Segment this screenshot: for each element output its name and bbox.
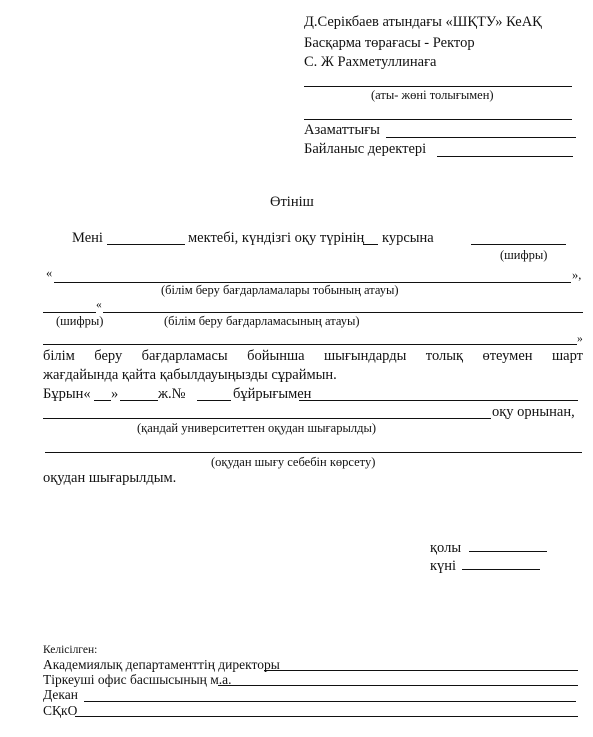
code-field-2[interactable]	[43, 312, 96, 313]
request-line-2: жағдайында қайта қабылдауыңызды сұраймын…	[43, 367, 337, 384]
previously-close: »	[111, 386, 118, 403]
order-month-field[interactable]	[120, 400, 158, 401]
approval-skko: СҚкО	[43, 703, 77, 719]
reason-field[interactable]	[45, 452, 582, 453]
approval-registrar: Тіркеуші офис басшысының м.а.	[43, 672, 232, 688]
addressee-line-2: Басқарма төрағасы - Ректор	[304, 35, 475, 52]
addressee-line-3: С. Ж Рахметуллинаға	[304, 54, 436, 71]
document-title: Өтініш	[270, 194, 314, 211]
contacts-label: Байланыс деректері	[304, 141, 426, 158]
addressee-line-1: Д.Серікбаев атындағы «ШҚТУ» КеАҚ	[304, 14, 542, 31]
full-name-hint: (аты- жөні толығымен)	[371, 88, 494, 103]
full-name-field[interactable]	[304, 86, 572, 87]
program-name-field-2[interactable]	[43, 344, 577, 345]
citizenship-label: Азаматтығы	[304, 122, 380, 139]
reason-hint: (оқудан шығу себебін көрсету)	[211, 455, 375, 470]
contacts-field[interactable]	[437, 156, 573, 157]
expelled-label: оқудан шығарылдым.	[43, 470, 176, 487]
date-label: күні	[430, 558, 456, 575]
intro-school: мектебі, күндізгі оқу түрінің	[188, 230, 364, 247]
approval-skko-field[interactable]	[75, 716, 578, 717]
program-name-field[interactable]	[103, 312, 583, 313]
approval-dean-field[interactable]	[84, 701, 576, 702]
approvals-heading: Келісілген:	[43, 643, 97, 657]
signature-label: қолы	[430, 540, 461, 557]
code-hint-2: (шифры)	[56, 314, 103, 329]
intro-course: курсына	[382, 230, 434, 247]
order-day-field[interactable]	[94, 400, 111, 401]
full-name-field-2[interactable]	[304, 119, 572, 120]
year-number-label: ж.№	[158, 386, 185, 403]
order-number-field[interactable]	[197, 400, 231, 401]
quote-close-comma: »,	[572, 268, 581, 283]
school-field[interactable]	[107, 244, 185, 245]
previously-label: Бұрын«	[43, 386, 91, 403]
approval-registrar-field[interactable]	[218, 685, 578, 686]
approval-academic-director: Академиялық департаменттің директоры	[43, 657, 280, 673]
course-number-field[interactable]	[363, 244, 378, 245]
university-field[interactable]	[43, 418, 491, 419]
program-name-hint: (білім беру бағдарламасының атауы)	[164, 314, 360, 329]
quote-open-2: «	[96, 298, 102, 312]
quote-open-1: «	[46, 266, 52, 281]
citizenship-field[interactable]	[386, 137, 576, 138]
place-of-study-label: оқу орнынан,	[492, 404, 575, 421]
date-field[interactable]	[462, 569, 540, 570]
quote-close: »	[577, 332, 583, 346]
order-details-field[interactable]	[299, 400, 578, 401]
approval-dean: Декан	[43, 687, 78, 703]
signature-field[interactable]	[469, 551, 547, 552]
code-hint-1: (шифры)	[500, 248, 547, 263]
approval-academic-director-field[interactable]	[264, 670, 578, 671]
university-hint: (қандай университеттен оқудан шығарылды)	[137, 421, 376, 436]
program-group-hint: (білім беру бағдарламалары тобының атауы…	[161, 283, 399, 298]
request-line-1: білім беру бағдарламасы бойынша шығындар…	[43, 348, 583, 365]
code-field-1[interactable]	[471, 244, 566, 245]
intro-me: Мені	[72, 230, 103, 247]
